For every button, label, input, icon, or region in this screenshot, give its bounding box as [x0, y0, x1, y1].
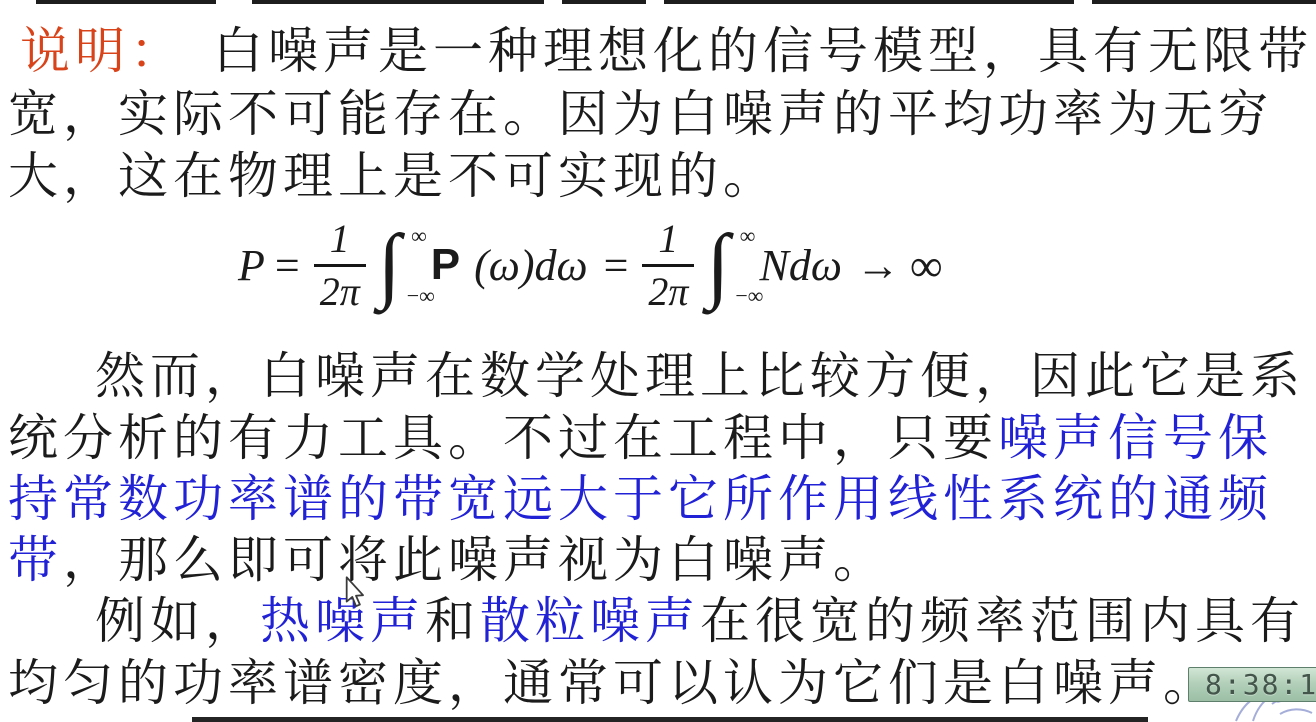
fraction-1-over-2pi: 1 2π	[314, 219, 366, 312]
para1-line1: 说明：白噪声是一种理想化的信号模型，具有无限带	[20, 24, 1313, 79]
para3-line1: 例如，热噪声和散粒噪声在很宽的频率范围内具有	[95, 594, 1305, 649]
para1-line3-text: 大，这在物理上是不可实现的。	[8, 148, 778, 204]
para1-line1-text: 白噪声是一种理想化的信号模型，具有无限带	[213, 23, 1313, 79]
bottom-cut-text-remnant	[192, 717, 1148, 722]
integral-lower-limit: −∞	[735, 283, 763, 309]
equals-sign: =	[604, 240, 629, 291]
integrand-P: P	[431, 240, 460, 290]
formula-lhs: P	[238, 240, 265, 291]
equals-sign: =	[275, 240, 300, 291]
para2-line2-black: 统分析的有力工具。不过在工程中，只要	[8, 410, 998, 466]
integral-sign: ∫	[378, 229, 401, 300]
integral-sign: ∫	[706, 229, 729, 300]
para3-tail: 在很宽的频率范围内具有	[700, 593, 1305, 649]
para3-lead: 例如，	[95, 593, 260, 649]
para2-line2-blue: 噪声信号保	[998, 410, 1273, 466]
integral-upper-limit: ∞	[740, 223, 756, 249]
para1-label: 说明：	[20, 23, 185, 79]
integral-upper-limit: ∞	[411, 223, 427, 249]
para1-line3: 大，这在物理上是不可实现的。	[8, 149, 778, 204]
fraction-1-over-2pi: 1 2π	[642, 219, 694, 312]
fraction-numerator: 1	[322, 219, 358, 264]
infinity-symbol: ∞	[910, 239, 943, 292]
para1-line2-text: 宽，实际不可能存在。因为白噪声的平均功率为无穷	[8, 86, 1273, 142]
para3-line2-text: 均匀的功率谱密度，通常可以认为它们是白噪声。	[8, 655, 1218, 711]
fraction-denominator: 2π	[642, 267, 694, 312]
para3-thermal-noise: 热噪声	[260, 593, 425, 649]
integrand-arg: (ω)dω	[474, 240, 587, 291]
power-formula: P = 1 2π ∫ ∞ −∞ P (ω)dω = 1 2π ∫ ∞ −∞ Nd…	[238, 210, 943, 320]
arrow-symbol: →	[856, 240, 900, 291]
top-cut-text-remnant	[252, 0, 544, 4]
integral-1: ∫ ∞ −∞	[378, 229, 401, 300]
integral-lower-limit: −∞	[407, 283, 435, 309]
fraction-numerator: 1	[650, 219, 686, 264]
top-cut-text-remnant	[562, 0, 646, 4]
integral-2: ∫ ∞ −∞	[706, 229, 729, 300]
para3-line2: 均匀的功率谱密度，通常可以认为它们是白噪声。	[8, 656, 1218, 711]
top-cut-text-remnant	[36, 0, 216, 4]
para3-shot-noise: 散粒噪声	[480, 593, 700, 649]
para2-line1-text: 然而，白噪声在数学处理上比较方便，因此它是系	[95, 348, 1305, 404]
para2-line3: 持常数功率谱的带宽远大于它所作用线性系统的通频	[8, 472, 1273, 527]
lecture-slide: 说明：白噪声是一种理想化的信号模型，具有无限带 宽，实际不可能存在。因为白噪声的…	[0, 0, 1316, 722]
top-cut-text-remnant	[664, 0, 1074, 4]
para2-line4-blue: 带	[8, 532, 63, 588]
para2-line1: 然而，白噪声在数学处理上比较方便，因此它是系	[95, 349, 1305, 404]
top-cut-text-remnant	[1092, 0, 1316, 4]
integrand-Ndw: Ndω	[759, 240, 841, 291]
para1-line2: 宽，实际不可能存在。因为白噪声的平均功率为无穷	[8, 87, 1273, 142]
para3-mid: 和	[425, 593, 480, 649]
video-timestamp: 8:38:11	[1188, 667, 1316, 702]
para2-line2: 统分析的有力工具。不过在工程中，只要噪声信号保	[8, 411, 1273, 466]
para2-line4-black: ，那么即可将此噪声视为白噪声。	[63, 532, 888, 588]
para2-line4: 带，那么即可将此噪声视为白噪声。	[8, 533, 888, 588]
mouse-cursor-icon	[344, 576, 366, 608]
para2-line3-blue: 持常数功率谱的带宽远大于它所作用线性系统的通频	[8, 471, 1273, 527]
timestamp-text: 8:38:1	[1205, 668, 1316, 701]
fraction-denominator: 2π	[314, 267, 366, 312]
